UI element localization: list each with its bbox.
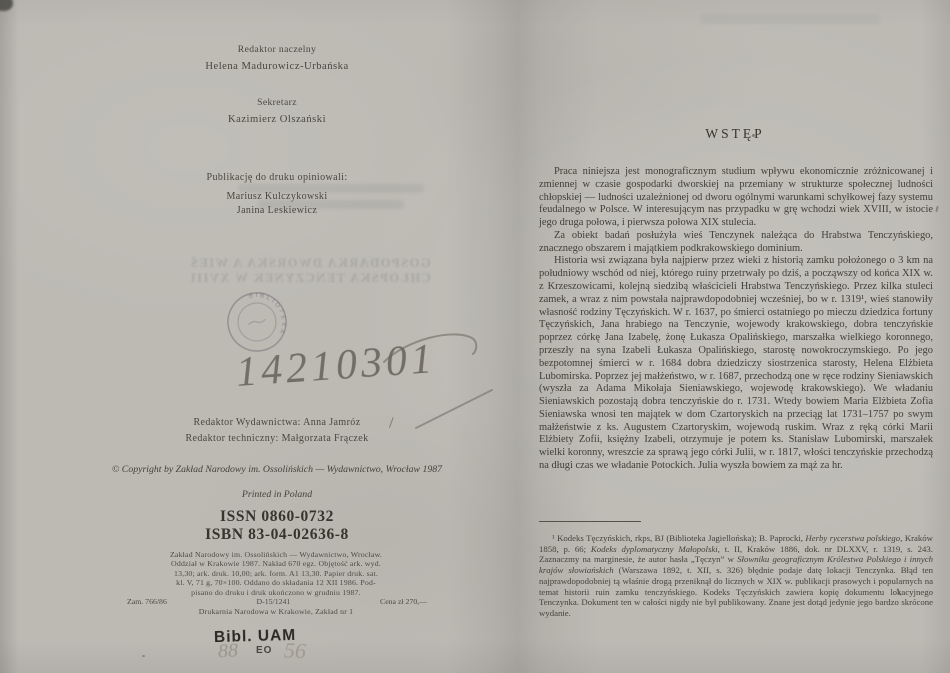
scan-corner-artifact: [0, 0, 13, 11]
imprint-line: Zakład Narodowy im. Ossolińskich — Wydaw…: [108, 550, 444, 559]
managing-editor-line: Redaktor Wydawnictwa: Anna Jamróz: [102, 417, 452, 428]
show-through-smudge: [258, 200, 404, 209]
imprint-order-row: Zam. 766/86 D-15/1241 Cena zł 270,—: [127, 597, 427, 606]
imprint-line: kl. V, 71 g, 70×100. Oddano do składania…: [108, 578, 444, 587]
show-through-title-ghost: GOSPODARKA DWORSKA A WIEŚ CHŁOPSKA TENCZ…: [160, 256, 460, 286]
paragraph: Historia wsi związana była najpierw prze…: [539, 255, 933, 472]
paragraph: Za obiekt badań posłużyła wieś Tenczynek…: [539, 230, 933, 256]
footnote: ¹ Kodeks Tęczyńskich, rkps, BJ (Bibliote…: [539, 533, 933, 619]
secretary-name: Kazimierz Olszański: [102, 114, 452, 125]
book-scan-spread: Redaktor naczelny Helena Madurowicz-Urba…: [0, 0, 950, 673]
footnote-text: Kodeks Tęczyńskich, rkps, BJ (Biblioteka…: [539, 533, 933, 618]
svg-text:BIBLIOTEKA: BIBLIOTEKA: [247, 284, 292, 343]
printed-in-poland: Printed in Poland: [102, 489, 452, 500]
body-text: Praca niniejsza jest monograficznym stud…: [539, 166, 933, 473]
imprint-line: Oddział w Krakowie 1987. Nakład 670 egz.…: [108, 559, 444, 568]
chapter-heading: WSTĘP: [540, 126, 930, 142]
accession-pencil-number: 88: [217, 639, 238, 663]
scan-speck: [142, 655, 145, 657]
secretary-label: Sekretarz: [102, 97, 452, 108]
round-stamp-text: BIBLIOTEKA: [247, 284, 292, 343]
imprint-line: 13,30; ark. druk. 10,00; ark. form. A1 1…: [108, 569, 444, 578]
footnote-rule: [539, 521, 641, 522]
imprint-line: pisano do druku i druk ukończono w grudn…: [108, 588, 444, 597]
editor-in-chief-name: Helena Madurowicz-Urbańska: [102, 61, 452, 72]
issn-number: ISSN 0860-0732: [102, 508, 452, 526]
paragraph: Praca niniejsza jest monograficznym stud…: [539, 166, 933, 230]
isbn-number: ISBN 83-04-02636-8: [102, 526, 452, 544]
imprint-price: Cena zł 270,—: [380, 597, 427, 606]
technical-editor-line: Redaktor techniczny: Małgorzata Frączek: [102, 433, 452, 444]
scan-speck: [935, 206, 938, 212]
imprint-code: D-15/1241: [257, 597, 291, 606]
show-through-smudge: [238, 184, 424, 193]
imprint-block: Zakład Narodowy im. Ossolińskich — Wydaw…: [108, 550, 444, 597]
copyright-line: © Copyright by Zakład Narodowy im. Ossol…: [72, 464, 482, 475]
show-through-smudge: [700, 14, 880, 24]
imprint-printer: Drukarnia Narodowa w Krakowie, Zakład nr…: [108, 607, 444, 616]
accession-pencil-number: 56: [284, 638, 307, 665]
imprint-order-no: Zam. 766/86: [127, 597, 167, 606]
accession-stamp-code: EO: [256, 645, 272, 656]
reviewers-heading: Publikację do druku opiniowali:: [102, 172, 452, 183]
editor-in-chief-label: Redaktor naczelny: [102, 44, 452, 55]
